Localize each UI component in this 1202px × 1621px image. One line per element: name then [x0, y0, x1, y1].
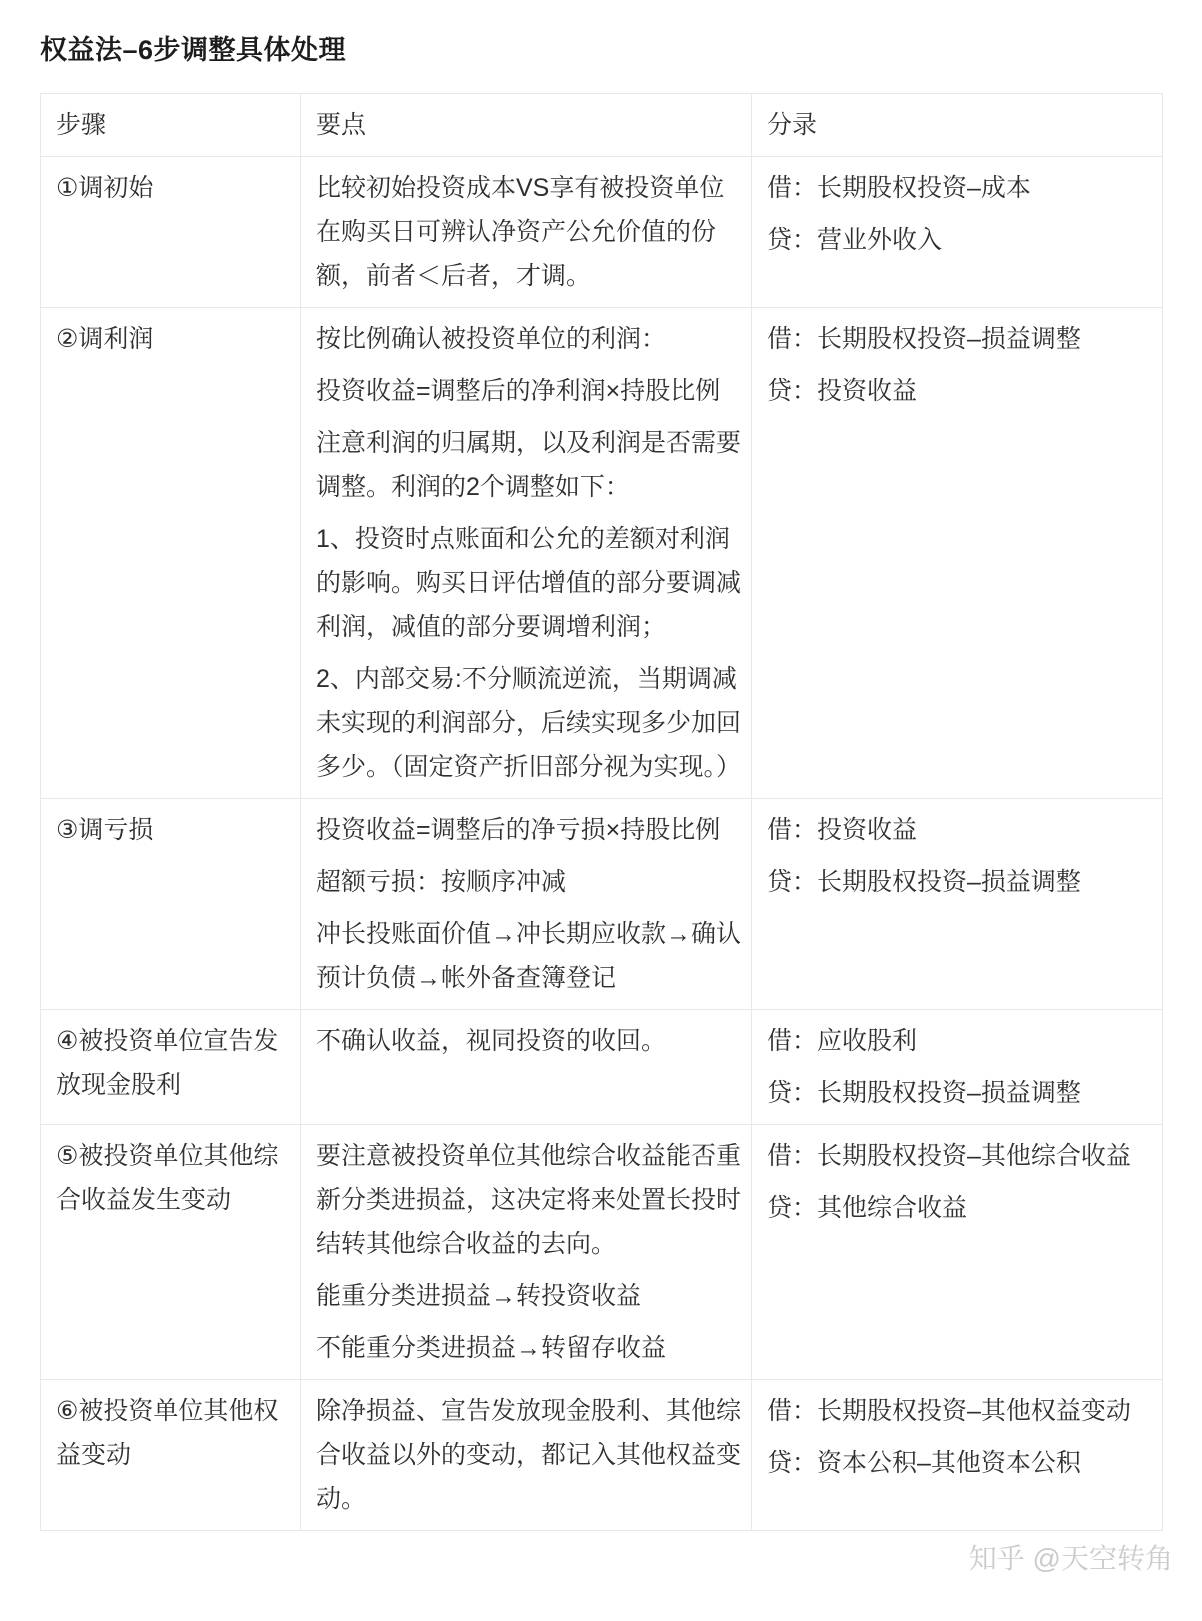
step-cell: ④被投资单位宣告发放现金股利: [41, 1010, 301, 1125]
entries-cell: 借：投资收益贷：长期股权投资–损益调整: [752, 799, 1163, 1010]
step-label: ①调初始: [56, 166, 290, 210]
table-row: ①调初始比较初始投资成本VS享有被投资单位在购买日可辨认净资产公允价值的份额，前…: [41, 157, 1163, 308]
table-row: ⑤被投资单位其他综合收益发生变动要注意被投资单位其他综合收益能否重新分类进损益，…: [41, 1125, 1163, 1380]
point-paragraph: 注意利润的归属期，以及利润是否需要调整。利润的2个调整如下：: [316, 421, 741, 509]
header-points: 要点: [301, 94, 752, 157]
page-title: 权益法–6步调整具体处理: [40, 28, 1162, 67]
step-cell: ⑥被投资单位其他权益变动: [41, 1380, 301, 1531]
entries-cell: 借：长期股权投资–其他综合收益贷：其他综合收益: [752, 1125, 1163, 1380]
points-cell: 不确认收益，视同投资的收回。: [301, 1010, 752, 1125]
journal-entry-line: 借：长期股权投资–其他综合收益: [767, 1134, 1152, 1178]
step-label: ⑤被投资单位其他综合收益发生变动: [56, 1134, 290, 1222]
journal-entry-line: 贷：其他综合收益: [767, 1186, 1152, 1230]
point-paragraph: 冲长投账面价值→冲长期应收款→确认预计负债→帐外备查簿登记: [316, 912, 741, 1000]
points-cell: 投资收益=调整后的净亏损×持股比例超额亏损：按顺序冲减冲长投账面价值→冲长期应收…: [301, 799, 752, 1010]
journal-entry-line: 贷：资本公积–其他资本公积: [767, 1441, 1152, 1485]
step-label: ④被投资单位宣告发放现金股利: [56, 1019, 290, 1107]
step-label: ②调利润: [56, 317, 290, 361]
journal-entry-line: 借：长期股权投资–其他权益变动: [767, 1389, 1152, 1433]
point-paragraph: 按比例确认被投资单位的利润：: [316, 317, 741, 361]
points-cell: 比较初始投资成本VS享有被投资单位在购买日可辨认净资产公允价值的份额，前者＜后者…: [301, 157, 752, 308]
point-paragraph: 除净损益、宣告发放现金股利、其他综合收益以外的变动，都记入其他权益变动。: [316, 1389, 741, 1521]
journal-entry-line: 贷：长期股权投资–损益调整: [767, 860, 1152, 904]
header-step: 步骤: [41, 94, 301, 157]
entries-cell: 借：长期股权投资–其他权益变动贷：资本公积–其他资本公积: [752, 1380, 1163, 1531]
page: 权益法–6步调整具体处理 步骤 要点 分录 ①调初始比较初始投资成本VS享有被投…: [0, 0, 1202, 1531]
journal-entry-line: 贷：长期股权投资–损益调整: [767, 1071, 1152, 1115]
table-row: ③调亏损投资收益=调整后的净亏损×持股比例超额亏损：按顺序冲减冲长投账面价值→冲…: [41, 799, 1163, 1010]
watermark: 知乎 @天空转角: [969, 1542, 1173, 1576]
step-cell: ①调初始: [41, 157, 301, 308]
table-row: ⑥被投资单位其他权益变动除净损益、宣告发放现金股利、其他综合收益以外的变动，都记…: [41, 1380, 1163, 1531]
points-cell: 按比例确认被投资单位的利润：投资收益=调整后的净利润×持股比例注意利润的归属期，…: [301, 308, 752, 799]
step-cell: ③调亏损: [41, 799, 301, 1010]
table-row: ②调利润按比例确认被投资单位的利润：投资收益=调整后的净利润×持股比例注意利润的…: [41, 308, 1163, 799]
step-label: ③调亏损: [56, 808, 290, 852]
equity-method-table: 步骤 要点 分录 ①调初始比较初始投资成本VS享有被投资单位在购买日可辨认净资产…: [40, 93, 1163, 1531]
step-label: ⑥被投资单位其他权益变动: [56, 1389, 290, 1477]
point-paragraph: 超额亏损：按顺序冲减: [316, 860, 741, 904]
point-paragraph: 投资收益=调整后的净亏损×持股比例: [316, 808, 741, 852]
journal-entry-line: 借：应收股利: [767, 1019, 1152, 1063]
point-paragraph: 能重分类进损益→转投资收益: [316, 1274, 741, 1318]
points-cell: 除净损益、宣告发放现金股利、其他综合收益以外的变动，都记入其他权益变动。: [301, 1380, 752, 1531]
point-paragraph: 1、投资时点账面和公允的差额对利润的影响。购买日评估增值的部分要调减利润，减值的…: [316, 517, 741, 649]
header-row: 步骤 要点 分录: [41, 94, 1163, 157]
point-paragraph: 要注意被投资单位其他综合收益能否重新分类进损益，这决定将来处置长投时结转其他综合…: [316, 1134, 741, 1266]
journal-entry-line: 借：长期股权投资–损益调整: [767, 317, 1152, 361]
points-cell: 要注意被投资单位其他综合收益能否重新分类进损益，这决定将来处置长投时结转其他综合…: [301, 1125, 752, 1380]
entries-cell: 借：长期股权投资–成本贷：营业外收入: [752, 157, 1163, 308]
journal-entry-line: 借：长期股权投资–成本: [767, 166, 1152, 210]
table-row: ④被投资单位宣告发放现金股利不确认收益，视同投资的收回。借：应收股利贷：长期股权…: [41, 1010, 1163, 1125]
point-paragraph: 不能重分类进损益→转留存收益: [316, 1326, 741, 1370]
header-entries: 分录: [752, 94, 1163, 157]
point-paragraph: 2、内部交易:不分顺流逆流，当期调减未实现的利润部分，后续实现多少加回多少。（固…: [316, 657, 741, 789]
point-paragraph: 不确认收益，视同投资的收回。: [316, 1019, 741, 1063]
journal-entry-line: 贷：营业外收入: [767, 218, 1152, 262]
step-cell: ②调利润: [41, 308, 301, 799]
journal-entry-line: 借：投资收益: [767, 808, 1152, 852]
journal-entry-line: 贷：投资收益: [767, 369, 1152, 413]
entries-cell: 借：应收股利贷：长期股权投资–损益调整: [752, 1010, 1163, 1125]
point-paragraph: 投资收益=调整后的净利润×持股比例: [316, 369, 741, 413]
point-paragraph: 比较初始投资成本VS享有被投资单位在购买日可辨认净资产公允价值的份额，前者＜后者…: [316, 166, 741, 298]
entries-cell: 借：长期股权投资–损益调整贷：投资收益: [752, 308, 1163, 799]
step-cell: ⑤被投资单位其他综合收益发生变动: [41, 1125, 301, 1380]
